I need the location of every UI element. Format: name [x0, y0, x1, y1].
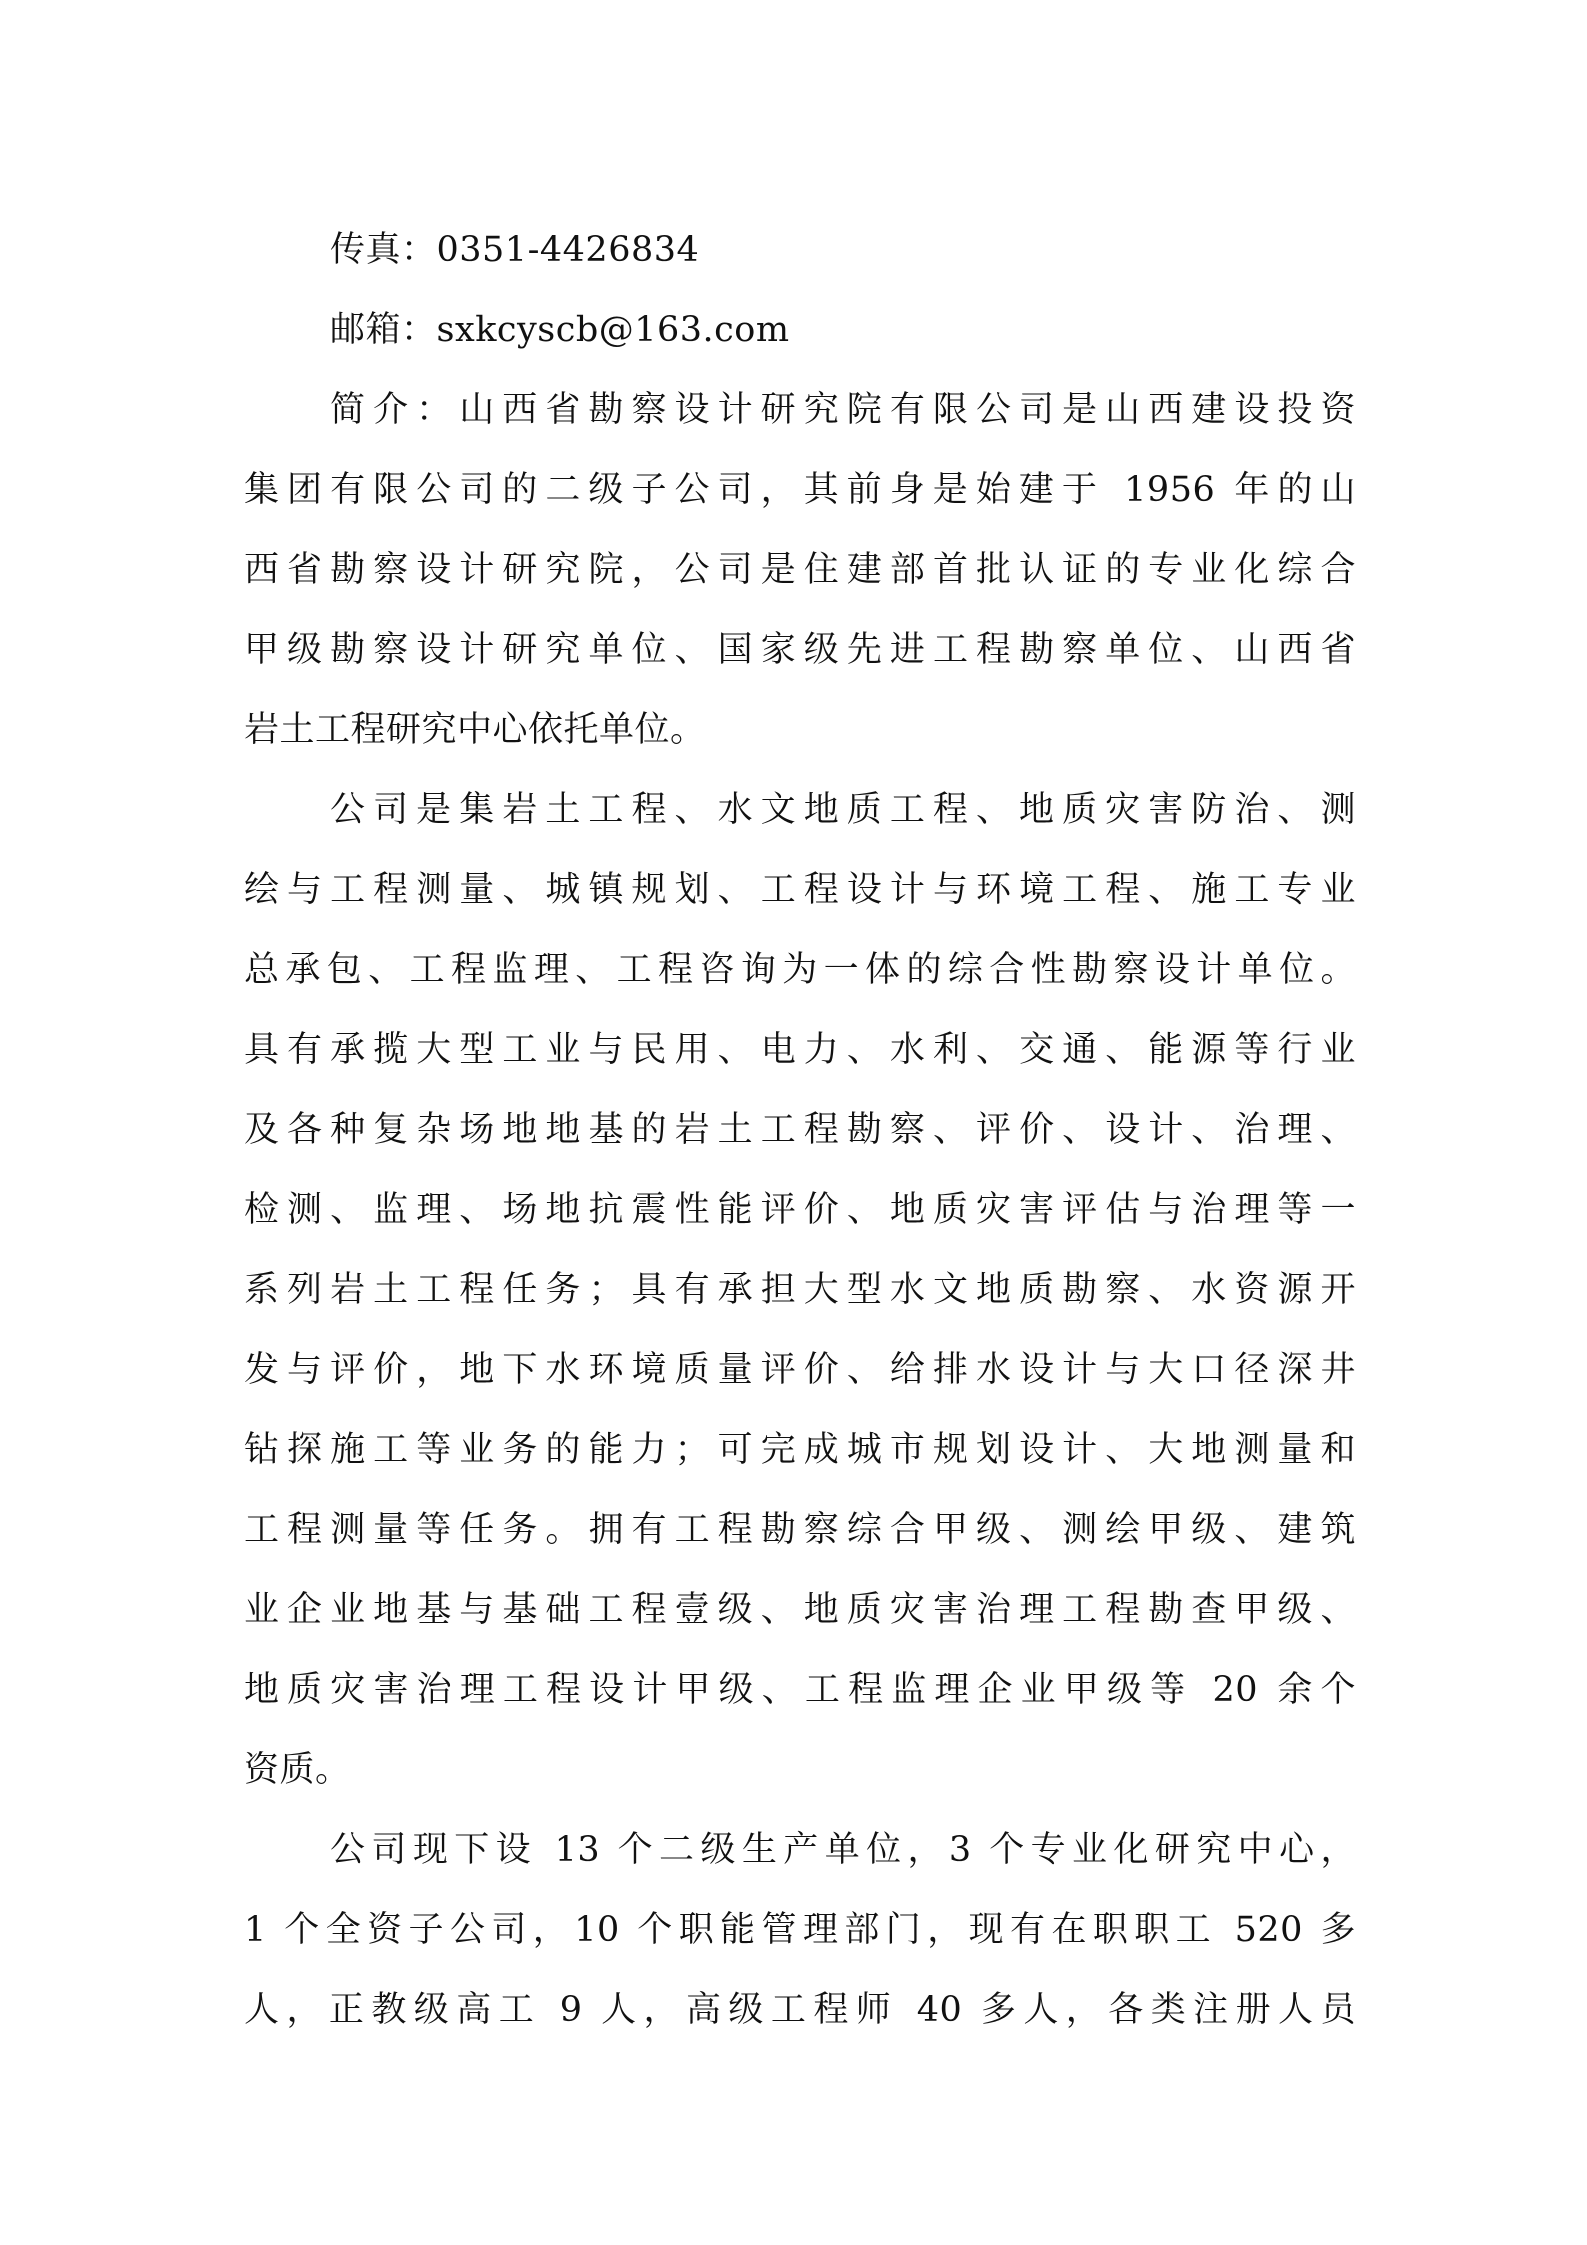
fax-line: 传真：0351-4426834 [244, 210, 1356, 290]
paragraph-line: 业企业地基与基础工程壹级、地质灾害治理工程勘查甲级、 [244, 1570, 1356, 1650]
paragraph-line: 系列岩土工程任务；具有承担大型水文地质勘察、水资源开 [244, 1250, 1356, 1330]
document-page: 传真：0351-4426834 邮箱：sxkcyscb@163.com 简介：山… [0, 0, 1587, 2245]
paragraph-line: 工程测量等任务。拥有工程勘察综合甲级、测绘甲级、建筑 [244, 1490, 1356, 1570]
paragraph-line: 1 个全资子公司，10 个职能管理部门，现有在职职工 520 多 [244, 1890, 1356, 1970]
paragraph-intro: 简介：山西省勘察设计研究院有限公司是山西建设投资 集团有限公司的二级子公司，其前… [244, 370, 1356, 770]
paragraph-line: 总承包、工程监理、工程咨询为一体的综合性勘察设计单位。 [244, 930, 1356, 1010]
paragraph-line: 及各种复杂场地地基的岩土工程勘察、评价、设计、治理、 [244, 1090, 1356, 1170]
text-column: 传真：0351-4426834 邮箱：sxkcyscb@163.com 简介：山… [244, 210, 1356, 2050]
paragraph-line: 公司是集岩土工程、水文地质工程、地质灾害防治、测 [244, 770, 1356, 850]
paragraph-line: 公司现下设 13 个二级生产单位，3 个专业化研究中心， [244, 1810, 1356, 1890]
paragraph-line: 钻探施工等业务的能力；可完成城市规划设计、大地测量和 [244, 1410, 1356, 1490]
paragraph-line: 具有承揽大型工业与民用、电力、水利、交通、能源等行业 [244, 1010, 1356, 1090]
paragraph-line: 人，正教级高工 9 人，高级工程师 40 多人，各类注册人员 [244, 1970, 1356, 2050]
paragraph-organization: 公司现下设 13 个二级生产单位，3 个专业化研究中心， 1 个全资子公司，10… [244, 1810, 1356, 2050]
paragraph-line: 简介：山西省勘察设计研究院有限公司是山西建设投资 [244, 370, 1356, 450]
paragraph-line: 集团有限公司的二级子公司，其前身是始建于 1956 年的山 [244, 450, 1356, 530]
paragraph-line: 资质。 [244, 1730, 1356, 1810]
paragraph-business-scope: 公司是集岩土工程、水文地质工程、地质灾害防治、测 绘与工程测量、城镇规划、工程设… [244, 770, 1356, 1810]
paragraph-line: 地质灾害治理工程设计甲级、工程监理企业甲级等 20 余个 [244, 1650, 1356, 1730]
paragraph-line: 发与评价，地下水环境质量评价、给排水设计与大口径深井 [244, 1330, 1356, 1410]
paragraph-line: 绘与工程测量、城镇规划、工程设计与环境工程、施工专业 [244, 850, 1356, 930]
paragraph-line: 检测、监理、场地抗震性能评价、地质灾害评估与治理等一 [244, 1170, 1356, 1250]
paragraph-line: 岩土工程研究中心依托单位。 [244, 690, 1356, 770]
paragraph-line: 西省勘察设计研究院，公司是住建部首批认证的专业化综合 [244, 530, 1356, 610]
email-line: 邮箱：sxkcyscb@163.com [244, 290, 1356, 370]
paragraph-line: 甲级勘察设计研究单位、国家级先进工程勘察单位、山西省 [244, 610, 1356, 690]
